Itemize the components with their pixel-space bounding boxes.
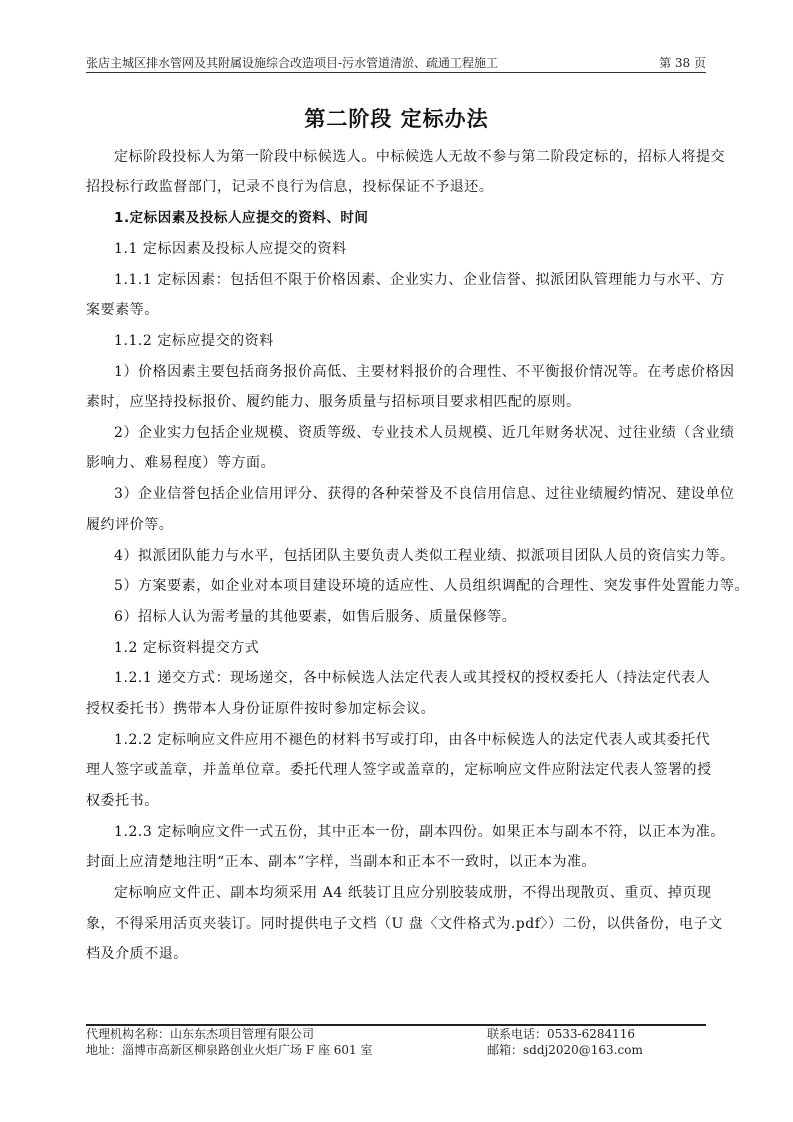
paragraph-line: 1）价格因素主要包括商务报价高低、主要材料报价的合理性、不平衡报价情况等。在考虑… (114, 362, 706, 382)
paragraph-line: 3）企业信誉包括企业信用评分、获得的各种荣誉及不良信用信息、过往业绩履约情况、建… (114, 484, 706, 504)
paragraph-line: 授权委托书）携带本人身份证原件按时参加定标会议。 (86, 699, 706, 719)
paragraph-line: 权委托书。 (86, 791, 706, 811)
paragraph-line: 1.1.1 定标因素：包括但不限于价格因素、企业实力、企业信誉、拟派团队管理能力… (114, 270, 706, 290)
project-title: 张店主城区排水管网及其附属设施综合改造项目-污水管道清淤、疏通工程施工 (86, 54, 498, 72)
heading-1-1: 1.1 定标因素及投标人应提交的资料 (114, 239, 706, 259)
page-number: 第 38 页 (659, 54, 706, 72)
paragraph-line: 档及介质不退。 (86, 944, 706, 964)
paragraph-line: 招投标行政监督部门，记录不良行为信息，投标保证不予退还。 (86, 177, 706, 197)
paragraph-line: 封面上应清楚地注明“正本、副本”字样，当副本和正本不一致时，以正本为准。 (86, 852, 706, 872)
paragraph-line: 6）招标人认为需考量的其他要素，如售后服务、质量保修等。 (114, 607, 706, 627)
heading-1-1-2: 1.1.2 定标应提交的资料 (114, 331, 706, 351)
paragraph-line: 4）拟派团队能力与水平，包括团队主要负责人类似工程业绩、拟派项目团队人员的资信实… (114, 546, 706, 566)
paragraph-line: 素时，应坚持投标报价、履约能力、服务质量与招标项目要求相匹配的原则。 (86, 392, 706, 412)
paragraph-line: 定标响应文件正、副本均须采用 A4 纸装订且应分别胶装成册，不得出现散页、重页、… (114, 883, 706, 903)
paragraph-line: 1.2.1 递交方式：现场递交，各中标候选人法定代表人或其授权的授权委托人（持法… (114, 668, 706, 688)
contact-phone: 联系电话：0533-6284116 (487, 1026, 635, 1042)
paragraph-line: 1.2.3 定标响应文件一式五份，其中正本一份，副本四份。如果正本与副本不符，以… (114, 822, 706, 842)
paragraph-line: 象，不得采用活页夹装订。同时提供电子文档（U 盘〈文件格式为.pdf〉）二份，以… (86, 914, 706, 934)
header-divider (86, 72, 706, 73)
paragraph-line: 5）方案要素，如企业对本项目建设环境的适应性、人员组织调配的合理性、突发事件处置… (114, 576, 706, 596)
paragraph-line: 影响力、难易程度）等方面。 (86, 453, 706, 473)
section-title: 第二阶段 定标办法 (0, 104, 793, 134)
paragraph-line: 履约评价等。 (86, 515, 706, 535)
paragraph-line: 1.2.2 定标响应文件应用不褪色的材料书写或打印，由各中标候选人的法定代表人或… (114, 730, 706, 750)
paragraph-line: 案要素等。 (86, 300, 706, 320)
paragraph-line: 理人签字或盖章，并盖单位章。委托代理人签字或盖章的，定标响应文件应附法定代表人签… (86, 760, 706, 780)
contact-email: 邮箱：sddj2020@163.com (487, 1042, 643, 1058)
agency-address: 地址：淄博市高新区柳泉路创业火炬广场 F 座 601 室 (86, 1042, 373, 1058)
heading-1: 1.定标因素及投标人应提交的资料、时间 (114, 208, 706, 228)
agency-name: 代理机构名称：山东东杰项目管理有限公司 (86, 1026, 314, 1042)
paragraph-line: 定标阶段投标人为第一阶段中标候选人。中标候选人无故不参与第二阶段定标的，招标人将… (114, 147, 706, 167)
paragraph-line: 2）企业实力包括企业规模、资质等级、专业技术人员规模、近几年财务状况、过往业绩（… (114, 423, 706, 443)
heading-1-2: 1.2 定标资料提交方式 (114, 638, 706, 658)
page-header: 张店主城区排水管网及其附属设施综合改造项目-污水管道清淤、疏通工程施工 第 38… (86, 54, 706, 72)
